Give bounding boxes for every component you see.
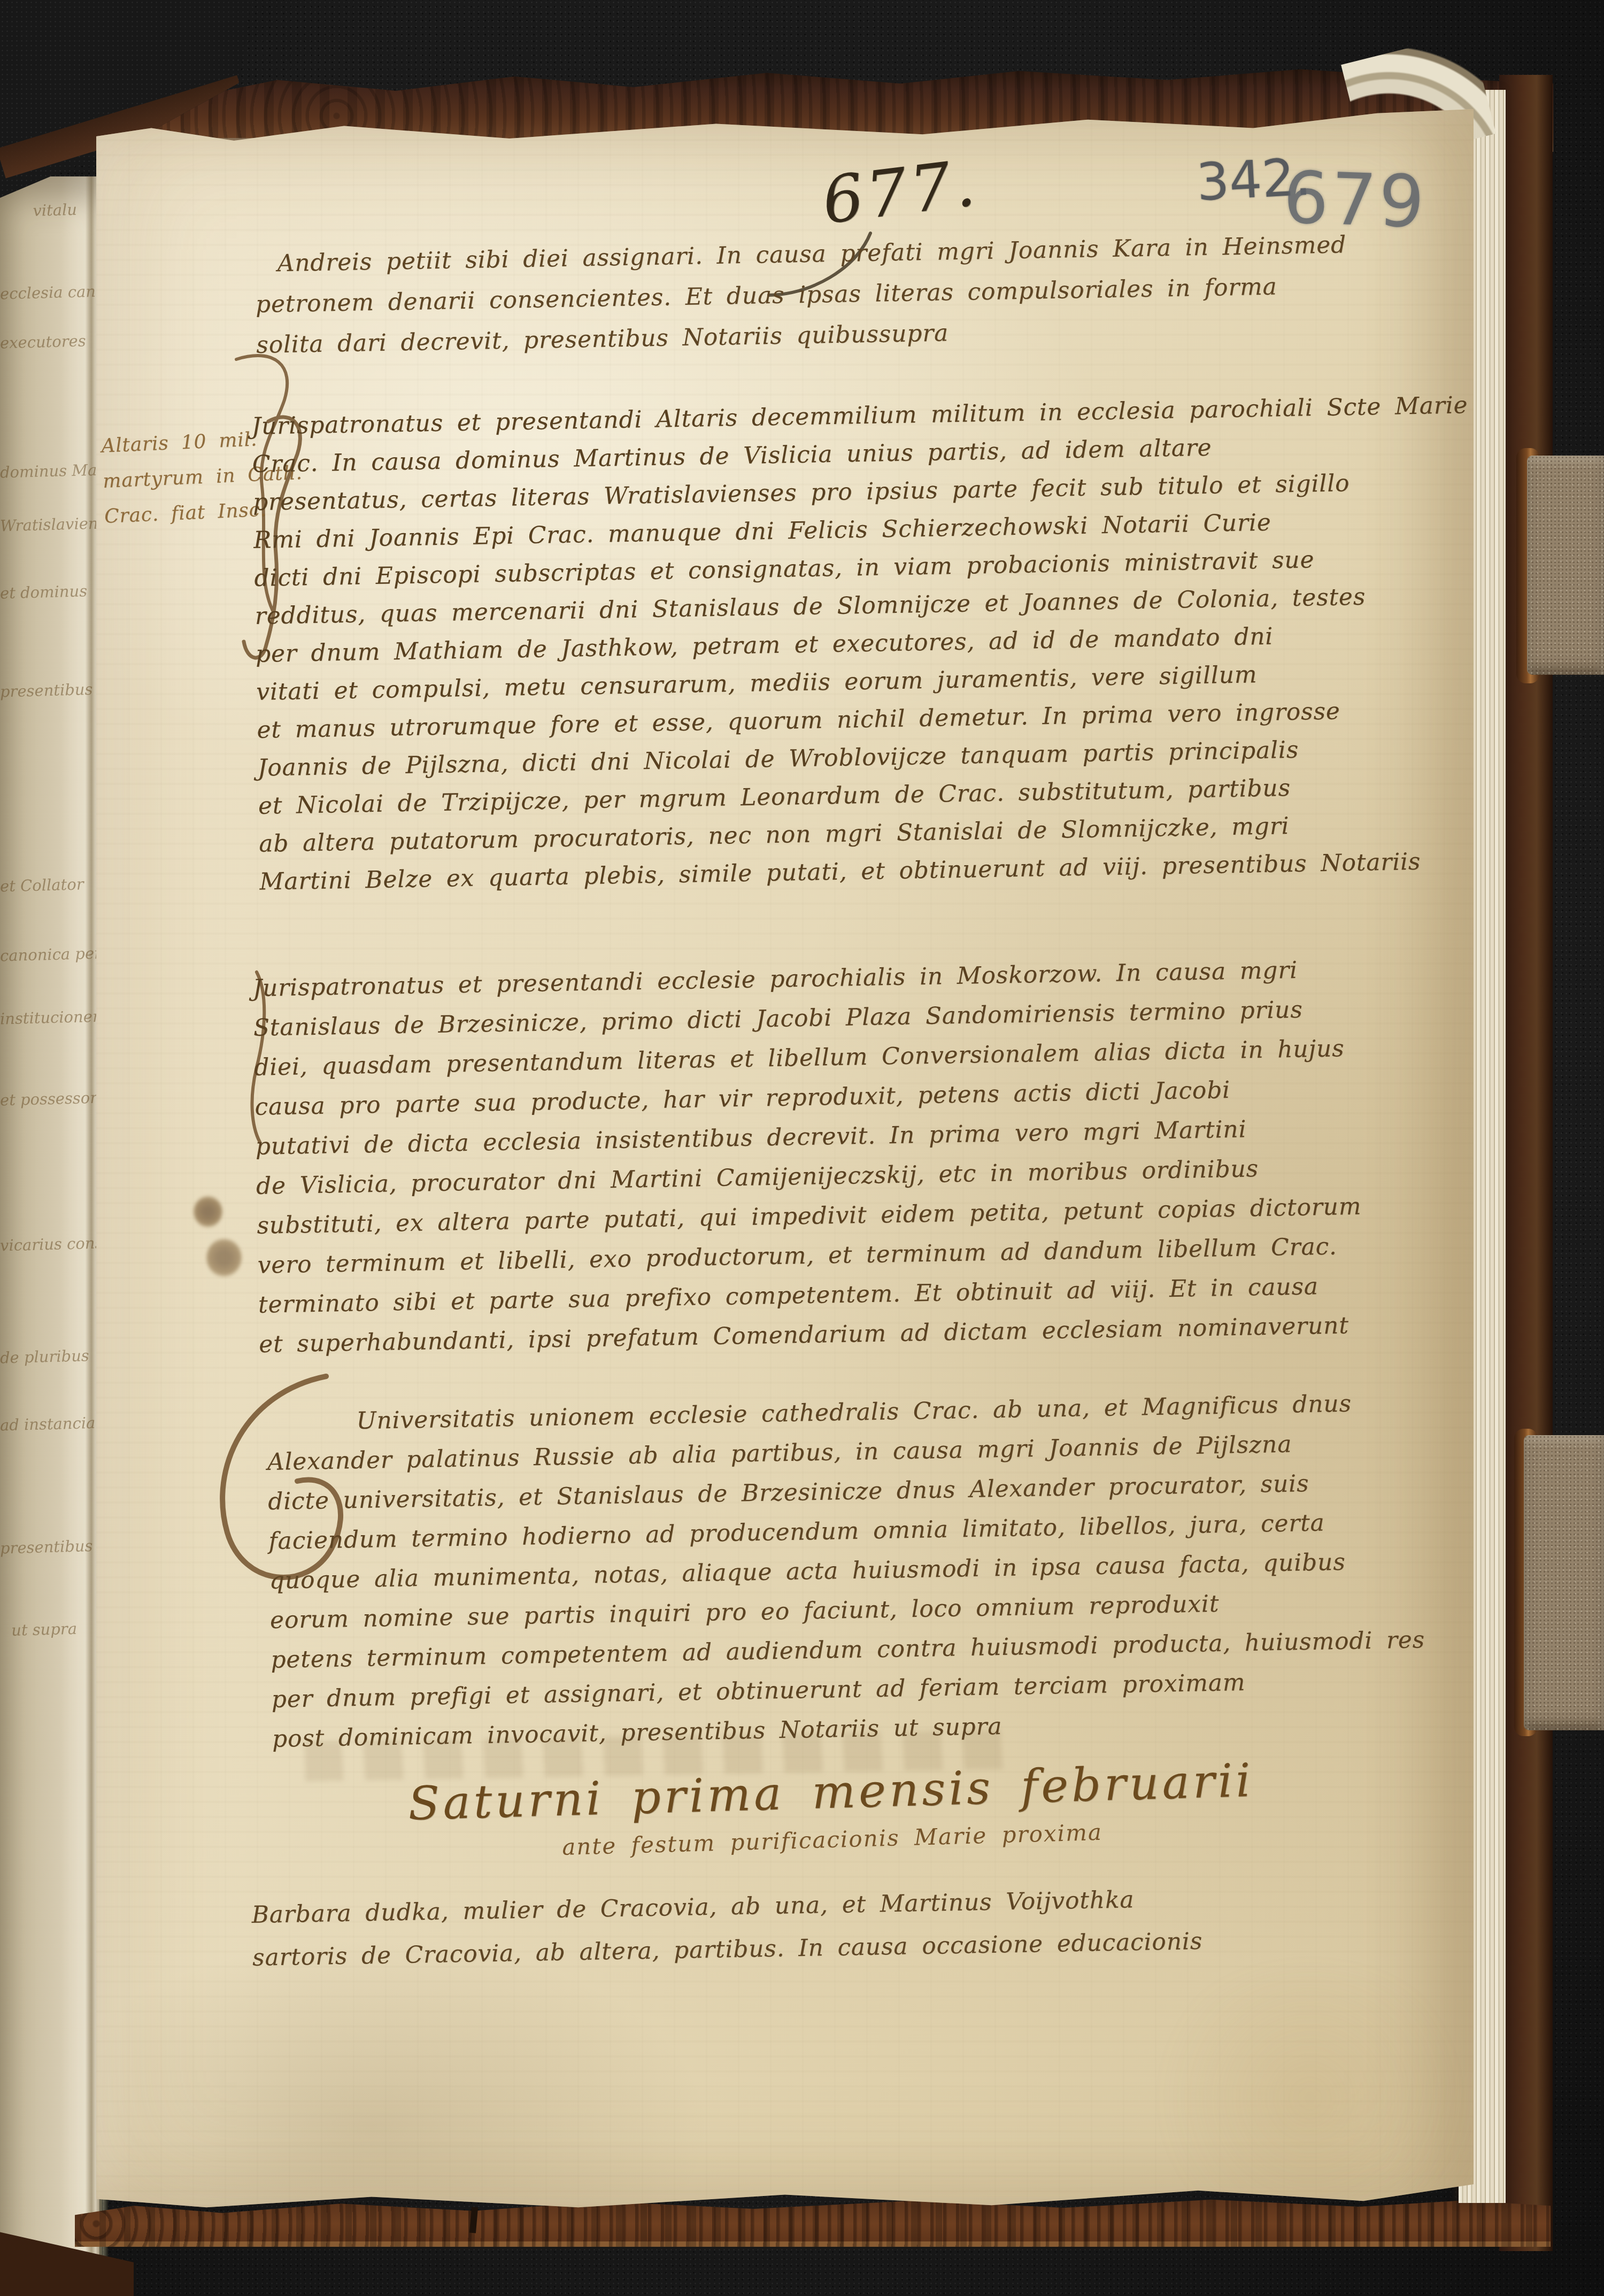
facing-page-text-fragment: ut supra	[0, 1619, 102, 1640]
court-record-entry-1: Andreis petiit sibi diei assignari. In c…	[255, 225, 1348, 366]
facing-page-text-fragment: presentibus	[0, 1537, 102, 1558]
facing-page-text-fragment: vitalu	[0, 200, 102, 221]
leather-strap-upper	[1527, 456, 1604, 675]
facing-page-text-fragment: et possessoris	[0, 1089, 102, 1110]
facing-page-text-fragment: ecclesia cantore	[0, 282, 102, 303]
facing-page-text-fragment: et Collator	[0, 875, 102, 896]
court-record-entry-2: Jurispatronatus et presentandi Altaris d…	[251, 386, 1476, 901]
ink-stain	[206, 1238, 242, 1277]
facing-page-text-fragment: presentibus ut supra	[0, 680, 102, 701]
manuscript-page: 677. 342. 679 Altaris 10 mil.martyrum in…	[96, 109, 1474, 2212]
court-record-entry-3: Jurispatronatus et presentandi ecclesie …	[252, 950, 1364, 1365]
facing-page-text-fragment: executores	[0, 332, 102, 352]
ink-stain	[194, 1196, 222, 1228]
leather-strap-lower	[1524, 1435, 1604, 1730]
facing-page-text-fragment: institucionem et obitum	[0, 1007, 102, 1028]
court-record-entry-5: Barbara dudka, mulier de Cracovia, ab un…	[251, 1877, 1203, 1979]
court-record-entry-4: Universitatis unionem ecclesie cathedral…	[266, 1383, 1426, 1759]
facing-page-text-fragment: et dominus	[0, 582, 102, 603]
facing-page-edge: vitaluecclesia cantoreexecutoresdominus …	[0, 176, 102, 2296]
facing-page-text-fragment: de pluribus	[0, 1346, 102, 1367]
water-stain	[1139, 1970, 1481, 2226]
facing-page-text-fragment: ad instanciam	[0, 1414, 102, 1435]
facing-page-text-fragment: vicarius constitutus	[0, 1234, 102, 1255]
facing-page-text-fragment: dominus Mathia	[0, 461, 102, 482]
folio-number-ink: 677.	[819, 146, 982, 238]
binding-right-edge	[1499, 75, 1553, 2251]
manuscript-photo: vitaluecclesia cantoreexecutoresdominus …	[0, 0, 1604, 2296]
facing-page-text-fragment: Wratislaviensis	[0, 514, 102, 535]
facing-page-text-fragment: canonica personale	[0, 944, 102, 965]
